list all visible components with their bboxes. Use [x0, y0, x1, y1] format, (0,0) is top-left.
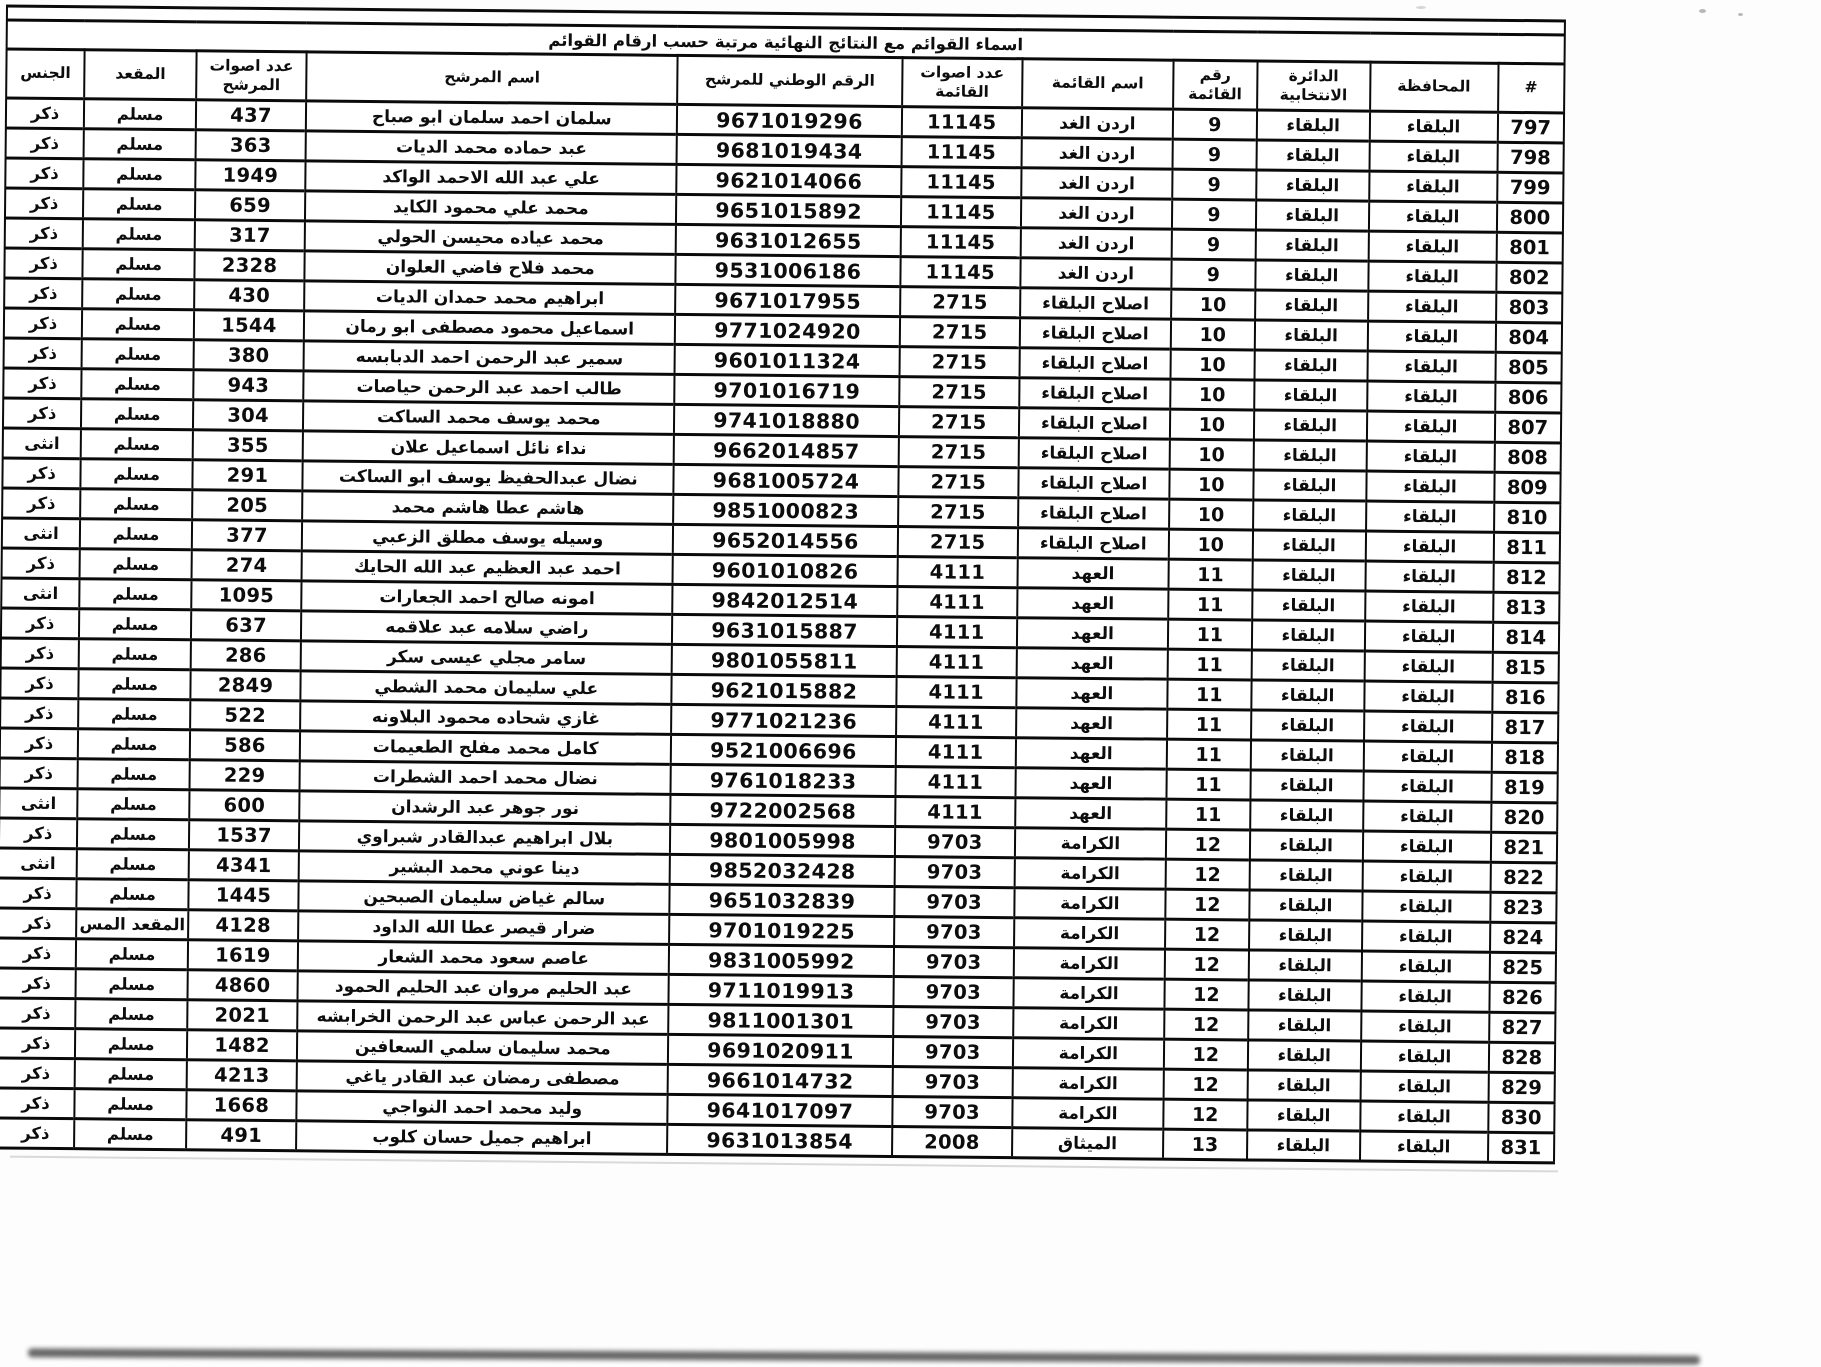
col-header-list-votes: عدد اصوات القائمة: [902, 58, 1023, 108]
cell-candidate-name: نور جوهر عبد الرشدان: [299, 791, 671, 825]
cell-national-id: 9621014066: [677, 164, 901, 196]
cell-list-name: الكرامة: [1013, 1038, 1164, 1069]
cell-index: 821: [1490, 832, 1557, 863]
cell-candidate-name: عبد الحليم مروان عبد الحليم الحمود: [298, 971, 670, 1005]
cell-candidate-name: محمد عياده محيسن الحولي: [305, 221, 677, 255]
cell-district: البلقاء: [1250, 770, 1363, 801]
cell-candidate-name: سالم غياض سليمان الصبحين: [298, 881, 670, 915]
cell-candidate-votes: 1949: [195, 160, 305, 191]
cell-district: البلقاء: [1257, 110, 1370, 141]
cell-candidate-votes: 2021: [187, 1000, 297, 1031]
cell-governorate: البلقاء: [1364, 681, 1492, 712]
cell-list-number: 11: [1168, 619, 1252, 650]
cell-index: 797: [1497, 112, 1564, 143]
cell-list-number: 12: [1166, 829, 1250, 860]
cell-index: 806: [1495, 382, 1562, 413]
cell-district: البلقاء: [1254, 380, 1367, 411]
cell-candidate-name: نضال عبدالحفيظ يوسف ابو الساكت: [302, 461, 674, 495]
cell-seat: مسلم: [75, 1089, 187, 1120]
cell-list-votes: 9703: [892, 1067, 1013, 1098]
cell-governorate: البلقاء: [1362, 921, 1490, 952]
cell-national-id: 9771024920: [675, 314, 899, 346]
cell-district: البلقاء: [1254, 350, 1367, 381]
cell-national-id: 9701019225: [670, 914, 894, 946]
cell-list-number: 10: [1169, 439, 1253, 470]
cell-seat: مسلم: [78, 729, 190, 760]
cell-index: 830: [1488, 1102, 1555, 1133]
cell-national-id: 9621015882: [672, 674, 896, 706]
cell-district: البلقاء: [1255, 230, 1368, 261]
cell-national-id: 9831005992: [669, 944, 893, 976]
cell-district: البلقاء: [1248, 1010, 1361, 1041]
cell-governorate: البلقاء: [1361, 1011, 1489, 1042]
cell-list-name: اصلاح البلقاء: [1018, 498, 1169, 529]
cell-list-name: اردن الغد: [1020, 258, 1171, 289]
cell-list-name: اردن الغد: [1022, 108, 1173, 139]
cell-seat: مسلم: [84, 159, 196, 190]
cell-seat: مسلم: [83, 189, 195, 220]
scanned-page: اسماء القوائم مع النتائج النهائية مرتبة …: [0, 0, 1821, 1367]
cell-district: البلقاء: [1254, 410, 1367, 441]
cell-candidate-name: احمد عبد العظيم عبد الله الحايك: [302, 551, 674, 585]
cell-candidate-votes: 522: [190, 700, 300, 731]
cell-list-number: 12: [1164, 1009, 1248, 1040]
cell-seat: مسلم: [84, 99, 196, 130]
cell-list-name: الكرامة: [1013, 978, 1164, 1009]
cell-gender: ذكر: [5, 218, 84, 249]
cell-list-number: 11: [1166, 799, 1250, 830]
col-header-district: الدائرة الانتخابية: [1257, 61, 1370, 111]
cell-candidate-name: طالب احمد عبد الرحمن حياصات: [303, 371, 675, 405]
cell-governorate: البلقاء: [1360, 1071, 1488, 1102]
cell-index: 804: [1495, 322, 1562, 353]
cell-candidate-name: ضرار قيصر عطا الله الداود: [298, 911, 670, 945]
cell-gender: ذكر: [0, 1118, 75, 1149]
cell-list-votes: 2715: [898, 437, 1019, 468]
cell-national-id: 9852032428: [670, 854, 894, 886]
cell-candidate-votes: 1445: [188, 880, 298, 911]
cell-list-number: 10: [1171, 289, 1255, 320]
cell-governorate: البلقاء: [1365, 591, 1493, 622]
cell-candidate-name: وليد محمد احمد النواجي: [296, 1091, 668, 1125]
cell-list-votes: 2715: [900, 287, 1021, 318]
cell-district: البلقاء: [1248, 1040, 1361, 1071]
table-body: 797البلقاءالبلقاء9اردن الغد1114596710192…: [0, 98, 1564, 1163]
cell-candidate-votes: 377: [192, 520, 302, 551]
cell-gender: ذكر: [0, 728, 78, 759]
cell-district: البلقاء: [1253, 470, 1366, 501]
cell-seat: مسلم: [80, 579, 192, 610]
cell-governorate: البلقاء: [1363, 741, 1491, 772]
cell-candidate-name: محمد علي محمود الكايد: [305, 191, 677, 225]
cell-seat: مسلم: [82, 339, 194, 370]
cell-gender: انثى: [1, 578, 80, 609]
scan-speck: [1738, 13, 1743, 16]
col-header-governorate: المحافظة: [1370, 62, 1498, 112]
cell-index: 831: [1488, 1132, 1555, 1163]
cell-national-id: 9701016719: [675, 374, 899, 406]
cell-index: 820: [1491, 802, 1558, 833]
cell-index: 799: [1497, 172, 1564, 203]
cell-list-name: العهد: [1017, 618, 1168, 649]
col-header-candidate-name: اسم المرشح: [306, 52, 678, 105]
cell-index: 818: [1491, 742, 1558, 773]
cell-list-number: 11: [1167, 739, 1251, 770]
cell-governorate: البلقاء: [1369, 141, 1497, 172]
cell-index: 810: [1494, 502, 1561, 533]
cell-list-votes: 9703: [892, 1097, 1013, 1128]
cell-index: 822: [1490, 862, 1557, 893]
cell-list-votes: 11145: [901, 107, 1022, 138]
table-rotation-wrap: اسماء القوائم مع النتائج النهائية مرتبة …: [0, 4, 1572, 1164]
cell-seat: مسلم: [80, 519, 192, 550]
col-header-seat: المقعد: [84, 50, 196, 100]
col-header-candidate-votes: عدد اصوات المرشح: [196, 51, 307, 101]
cell-governorate: البلقاء: [1365, 531, 1493, 562]
cell-seat: مسلم: [76, 939, 188, 970]
cell-district: البلقاء: [1256, 140, 1369, 171]
cell-governorate: البلقاء: [1368, 231, 1496, 262]
cell-candidate-name: علي سليمان محمد الشطي: [300, 671, 672, 705]
cell-candidate-name: وسيله يوسف مطلق الزعبي: [302, 521, 674, 555]
cell-national-id: 9811001301: [669, 1004, 893, 1036]
cell-governorate: البلقاء: [1363, 801, 1491, 832]
cell-index: 800: [1497, 202, 1564, 233]
cell-index: 802: [1496, 262, 1563, 293]
cell-candidate-votes: 637: [191, 610, 301, 641]
cell-candidate-votes: 2849: [190, 670, 300, 701]
cell-gender: ذكر: [4, 248, 83, 279]
cell-seat: مسلم: [78, 699, 190, 730]
cell-district: البلقاء: [1250, 800, 1363, 831]
cell-candidate-votes: 380: [193, 340, 303, 371]
cell-list-number: 9: [1172, 139, 1256, 170]
cell-index: 801: [1496, 232, 1563, 263]
cell-list-votes: 2715: [898, 497, 1019, 528]
cell-seat: مسلم: [80, 549, 192, 580]
cell-seat: مسلم: [77, 819, 189, 850]
cell-list-name: اردن الغد: [1021, 198, 1172, 229]
cell-gender: ذكر: [4, 278, 83, 309]
cell-national-id: 9671019296: [677, 104, 901, 136]
cell-seat: مسلم: [80, 489, 192, 520]
cell-gender: ذكر: [2, 548, 81, 579]
cell-candidate-name: محمد سليمان سلمي السعافين: [297, 1031, 669, 1065]
cell-district: البلقاء: [1255, 320, 1368, 351]
cell-index: 826: [1489, 982, 1556, 1013]
cell-gender: ذكر: [6, 98, 85, 129]
col-header-index: #: [1498, 63, 1565, 113]
cell-seat: المقعد المس: [76, 909, 188, 940]
cell-list-votes: 2715: [899, 407, 1020, 438]
cell-district: البلقاء: [1255, 260, 1368, 291]
cell-list-name: اردن الغد: [1021, 228, 1172, 259]
cell-national-id: 9671017955: [676, 284, 900, 316]
cell-seat: مسلم: [81, 399, 193, 430]
cell-list-number: 12: [1163, 1069, 1247, 1100]
cell-list-number: 12: [1163, 1099, 1247, 1130]
cell-candidate-name: علي عبد الله الاحمد الواكد: [305, 161, 677, 195]
cell-candidate-votes: 4341: [189, 850, 299, 881]
cell-seat: مسلم: [81, 429, 193, 460]
cell-candidate-name: دينا عوني محمد البشير: [299, 851, 671, 885]
cell-list-votes: 4111: [895, 737, 1016, 768]
cell-list-votes: 2715: [897, 527, 1018, 558]
cell-district: البلقاء: [1247, 1130, 1360, 1161]
cell-list-number: 12: [1165, 889, 1249, 920]
cell-district: البلقاء: [1251, 710, 1364, 741]
cell-governorate: البلقاء: [1362, 891, 1490, 922]
cell-national-id: 9722002568: [671, 794, 895, 826]
cell-candidate-name: عبد الرحمن عباس عبد الرحمن الخرابشه: [297, 1001, 669, 1035]
cell-governorate: البلقاء: [1362, 861, 1490, 892]
cell-seat: مسلم: [75, 1029, 187, 1060]
cell-governorate: البلقاء: [1366, 471, 1494, 502]
cell-candidate-votes: 317: [195, 220, 305, 251]
cell-seat: مسلم: [75, 1059, 187, 1090]
col-header-list-name: اسم القائمة: [1022, 59, 1173, 109]
cell-list-votes: 9703: [893, 1037, 1014, 1068]
cell-list-votes: 2715: [899, 377, 1020, 408]
cell-district: البلقاء: [1256, 170, 1369, 201]
cell-district: البلقاء: [1249, 890, 1362, 921]
cell-national-id: 9601010826: [673, 554, 897, 586]
cell-seat: مسلم: [79, 609, 191, 640]
cell-district: البلقاء: [1249, 860, 1362, 891]
cell-candidate-votes: 600: [189, 790, 299, 821]
cell-candidate-name: غازي شحاده محمود البلاونه: [300, 701, 672, 735]
cell-candidate-votes: 491: [186, 1120, 296, 1151]
cell-district: البلقاء: [1248, 980, 1361, 1011]
cell-index: 814: [1492, 622, 1559, 653]
cell-list-votes: 2715: [899, 347, 1020, 378]
cell-national-id: 9842012514: [673, 584, 897, 616]
scan-speck: [1699, 9, 1706, 13]
cell-candidate-name: كامل محمد مفلح الطعيمات: [300, 731, 672, 765]
cell-gender: انثى: [3, 428, 82, 459]
cell-candidate-votes: 659: [195, 190, 305, 221]
cell-list-name: اصلاح البلقاء: [1020, 318, 1171, 349]
cell-national-id: 9661014732: [668, 1064, 892, 1096]
cell-candidate-votes: 1537: [189, 820, 299, 851]
cell-gender: ذكر: [1, 608, 80, 639]
cell-district: البلقاء: [1255, 290, 1368, 321]
cell-governorate: البلقاء: [1364, 711, 1492, 742]
cell-list-name: اصلاح البلقاء: [1019, 438, 1170, 469]
cell-candidate-votes: 437: [196, 100, 306, 131]
cell-gender: ذكر: [0, 668, 79, 699]
cell-governorate: البلقاء: [1369, 171, 1497, 202]
cell-national-id: 9801005998: [670, 824, 894, 856]
cell-index: 805: [1495, 352, 1562, 383]
cell-candidate-votes: 355: [193, 430, 303, 461]
cell-governorate: البلقاء: [1363, 771, 1491, 802]
cell-national-id: 9651032839: [670, 884, 894, 916]
cell-index: 809: [1494, 472, 1561, 503]
cell-governorate: البلقاء: [1367, 411, 1495, 442]
cell-list-votes: 4111: [896, 647, 1017, 678]
cell-gender: ذكر: [0, 878, 77, 909]
cell-list-name: الكرامة: [1015, 858, 1166, 889]
cell-governorate: البلقاء: [1367, 381, 1495, 412]
cell-index: 825: [1489, 952, 1556, 983]
cell-list-number: 12: [1164, 1039, 1248, 1070]
cell-list-name: الكرامة: [1015, 828, 1166, 859]
cell-index: 803: [1496, 292, 1563, 323]
cell-governorate: البلقاء: [1366, 441, 1494, 472]
cell-list-number: 10: [1170, 379, 1254, 410]
cell-list-name: العهد: [1016, 738, 1167, 769]
cell-index: 819: [1491, 772, 1558, 803]
cell-national-id: 9652014556: [673, 524, 897, 556]
cell-list-name: اصلاح البلقاء: [1018, 468, 1169, 499]
cell-gender: ذكر: [0, 758, 78, 789]
cell-national-id: 9741018880: [674, 404, 898, 436]
cell-governorate: البلقاء: [1367, 351, 1495, 382]
cell-national-id: 9631013854: [667, 1124, 891, 1156]
cell-index: 813: [1493, 592, 1560, 623]
cell-candidate-votes: 229: [189, 760, 299, 791]
cell-governorate: البلقاء: [1368, 261, 1496, 292]
cell-list-name: اصلاح البلقاء: [1019, 408, 1170, 439]
cell-list-name: العهد: [1017, 558, 1168, 589]
cell-seat: مسلم: [82, 369, 194, 400]
cell-gender: ذكر: [0, 938, 76, 969]
cell-index: 823: [1490, 892, 1557, 923]
scan-artifact-bottom-smudge: [28, 1348, 1700, 1364]
cell-list-number: 13: [1163, 1129, 1247, 1160]
col-header-national-id: الرقم الوطني للمرشح: [678, 55, 903, 106]
cell-list-number: 11: [1167, 709, 1251, 740]
cell-candidate-votes: 586: [190, 730, 300, 761]
cell-gender: ذكر: [0, 1058, 75, 1089]
cell-gender: ذكر: [6, 128, 85, 159]
cell-list-name: الكرامة: [1013, 1068, 1164, 1099]
cell-list-number: 9: [1172, 169, 1256, 200]
cell-gender: ذكر: [5, 158, 84, 189]
cell-list-votes: 9703: [894, 917, 1015, 948]
cell-candidate-name: ابراهيم جميل حسان كلوب: [296, 1121, 668, 1155]
cell-list-votes: 2008: [892, 1127, 1013, 1158]
cell-list-name: العهد: [1017, 648, 1168, 679]
cell-seat: مسلم: [78, 789, 190, 820]
cell-list-number: 9: [1172, 199, 1256, 230]
cell-candidate-name: بلال ابراهيم عبدالقادر شبراوي: [299, 821, 671, 855]
cell-list-name: الكرامة: [1014, 918, 1165, 949]
cell-list-votes: 11145: [900, 227, 1021, 258]
cell-district: البلقاء: [1251, 680, 1364, 711]
cell-list-votes: 4111: [895, 767, 1016, 798]
cell-national-id: 9662014857: [674, 434, 898, 466]
cell-candidate-name: محمد فلاح فاضي العلوان: [305, 251, 677, 285]
cell-list-votes: 4111: [896, 677, 1017, 708]
cell-candidate-votes: 363: [195, 130, 305, 161]
cell-district: البلقاء: [1247, 1070, 1360, 1101]
cell-list-votes: 4111: [897, 557, 1018, 588]
cell-governorate: البلقاء: [1369, 201, 1497, 232]
cell-seat: مسلم: [82, 309, 194, 340]
cell-governorate: البلقاء: [1360, 1101, 1488, 1132]
cell-list-name: العهد: [1015, 798, 1166, 829]
col-header-gender: الجنس: [6, 49, 85, 99]
cell-governorate: البلقاء: [1362, 831, 1490, 862]
cell-governorate: البلقاء: [1365, 561, 1493, 592]
cell-gender: ذكر: [3, 398, 82, 429]
cell-candidate-votes: 4128: [188, 910, 298, 941]
cell-list-number: 12: [1165, 949, 1249, 980]
cell-list-number: 10: [1169, 529, 1253, 560]
cell-list-votes: 4111: [897, 587, 1018, 618]
cell-national-id: 9771021236: [672, 704, 896, 736]
cell-district: البلقاء: [1252, 620, 1365, 651]
cell-list-number: 10: [1170, 349, 1254, 380]
cell-list-votes: 9703: [895, 827, 1016, 858]
cell-district: البلقاء: [1253, 500, 1366, 531]
cell-gender: انثى: [2, 518, 81, 549]
cell-list-votes: 11145: [901, 197, 1022, 228]
cell-governorate: البلقاء: [1361, 981, 1489, 1012]
cell-governorate: البلقاء: [1365, 621, 1493, 652]
cell-index: 811: [1493, 532, 1560, 563]
cell-list-name: الكرامة: [1012, 1098, 1163, 1129]
cell-gender: ذكر: [4, 338, 83, 369]
cell-gender: ذكر: [5, 188, 84, 219]
cell-candidate-name: سامر مجلي عيسى سكر: [301, 641, 673, 675]
cell-candidate-name: ابراهيم محمد حمدان الديات: [304, 281, 676, 315]
cell-gender: ذكر: [4, 308, 83, 339]
cell-candidate-name: سمير عبد الرحمن احمد الدبابسه: [304, 341, 676, 375]
cell-index: 812: [1493, 562, 1560, 593]
cell-candidate-votes: 304: [193, 400, 303, 431]
cell-gender: ذكر: [0, 818, 78, 849]
cell-governorate: البلقاء: [1364, 651, 1492, 682]
cell-district: البلقاء: [1251, 740, 1364, 771]
cell-list-name: الميثاق: [1012, 1128, 1163, 1159]
cell-governorate: البلقاء: [1369, 111, 1497, 142]
cell-candidate-name: سلمان احمد سلمان ابو صباح: [306, 101, 678, 135]
cell-list-number: 9: [1171, 229, 1255, 260]
election-results-table: اسماء القوائم مع النتائج النهائية مرتبة …: [0, 4, 1566, 1164]
cell-list-name: الكرامة: [1013, 1008, 1164, 1039]
cell-national-id: 9681005724: [674, 464, 898, 496]
cell-governorate: البلقاء: [1360, 1131, 1488, 1162]
cell-national-id: 9601011324: [675, 344, 899, 376]
cell-national-id: 9651015892: [676, 194, 900, 226]
cell-national-id: 9631015887: [672, 614, 896, 646]
cell-list-votes: 4111: [896, 707, 1017, 738]
cell-seat: مسلم: [76, 969, 188, 1000]
cell-candidate-name: امونه صالح احمد الجعارات: [301, 581, 673, 615]
cell-gender: ذكر: [0, 698, 79, 729]
cell-list-name: العهد: [1016, 708, 1167, 739]
cell-district: البلقاء: [1252, 560, 1365, 591]
cell-list-number: 11: [1167, 679, 1251, 710]
cell-list-number: 11: [1166, 769, 1250, 800]
cell-seat: مسلم: [77, 879, 189, 910]
cell-list-name: اصلاح البلقاء: [1018, 528, 1169, 559]
cell-candidate-votes: 430: [194, 280, 304, 311]
cell-index: 807: [1495, 412, 1562, 443]
cell-gender: ذكر: [0, 1028, 76, 1059]
cell-index: 828: [1488, 1042, 1555, 1073]
cell-seat: مسلم: [79, 669, 191, 700]
cell-candidate-votes: 1619: [188, 940, 298, 971]
cell-seat: مسلم: [81, 459, 193, 490]
cell-gender: انثى: [0, 848, 77, 879]
cell-seat: مسلم: [76, 999, 188, 1030]
cell-list-number: 12: [1164, 979, 1248, 1010]
cell-national-id: 9691020911: [668, 1034, 892, 1066]
